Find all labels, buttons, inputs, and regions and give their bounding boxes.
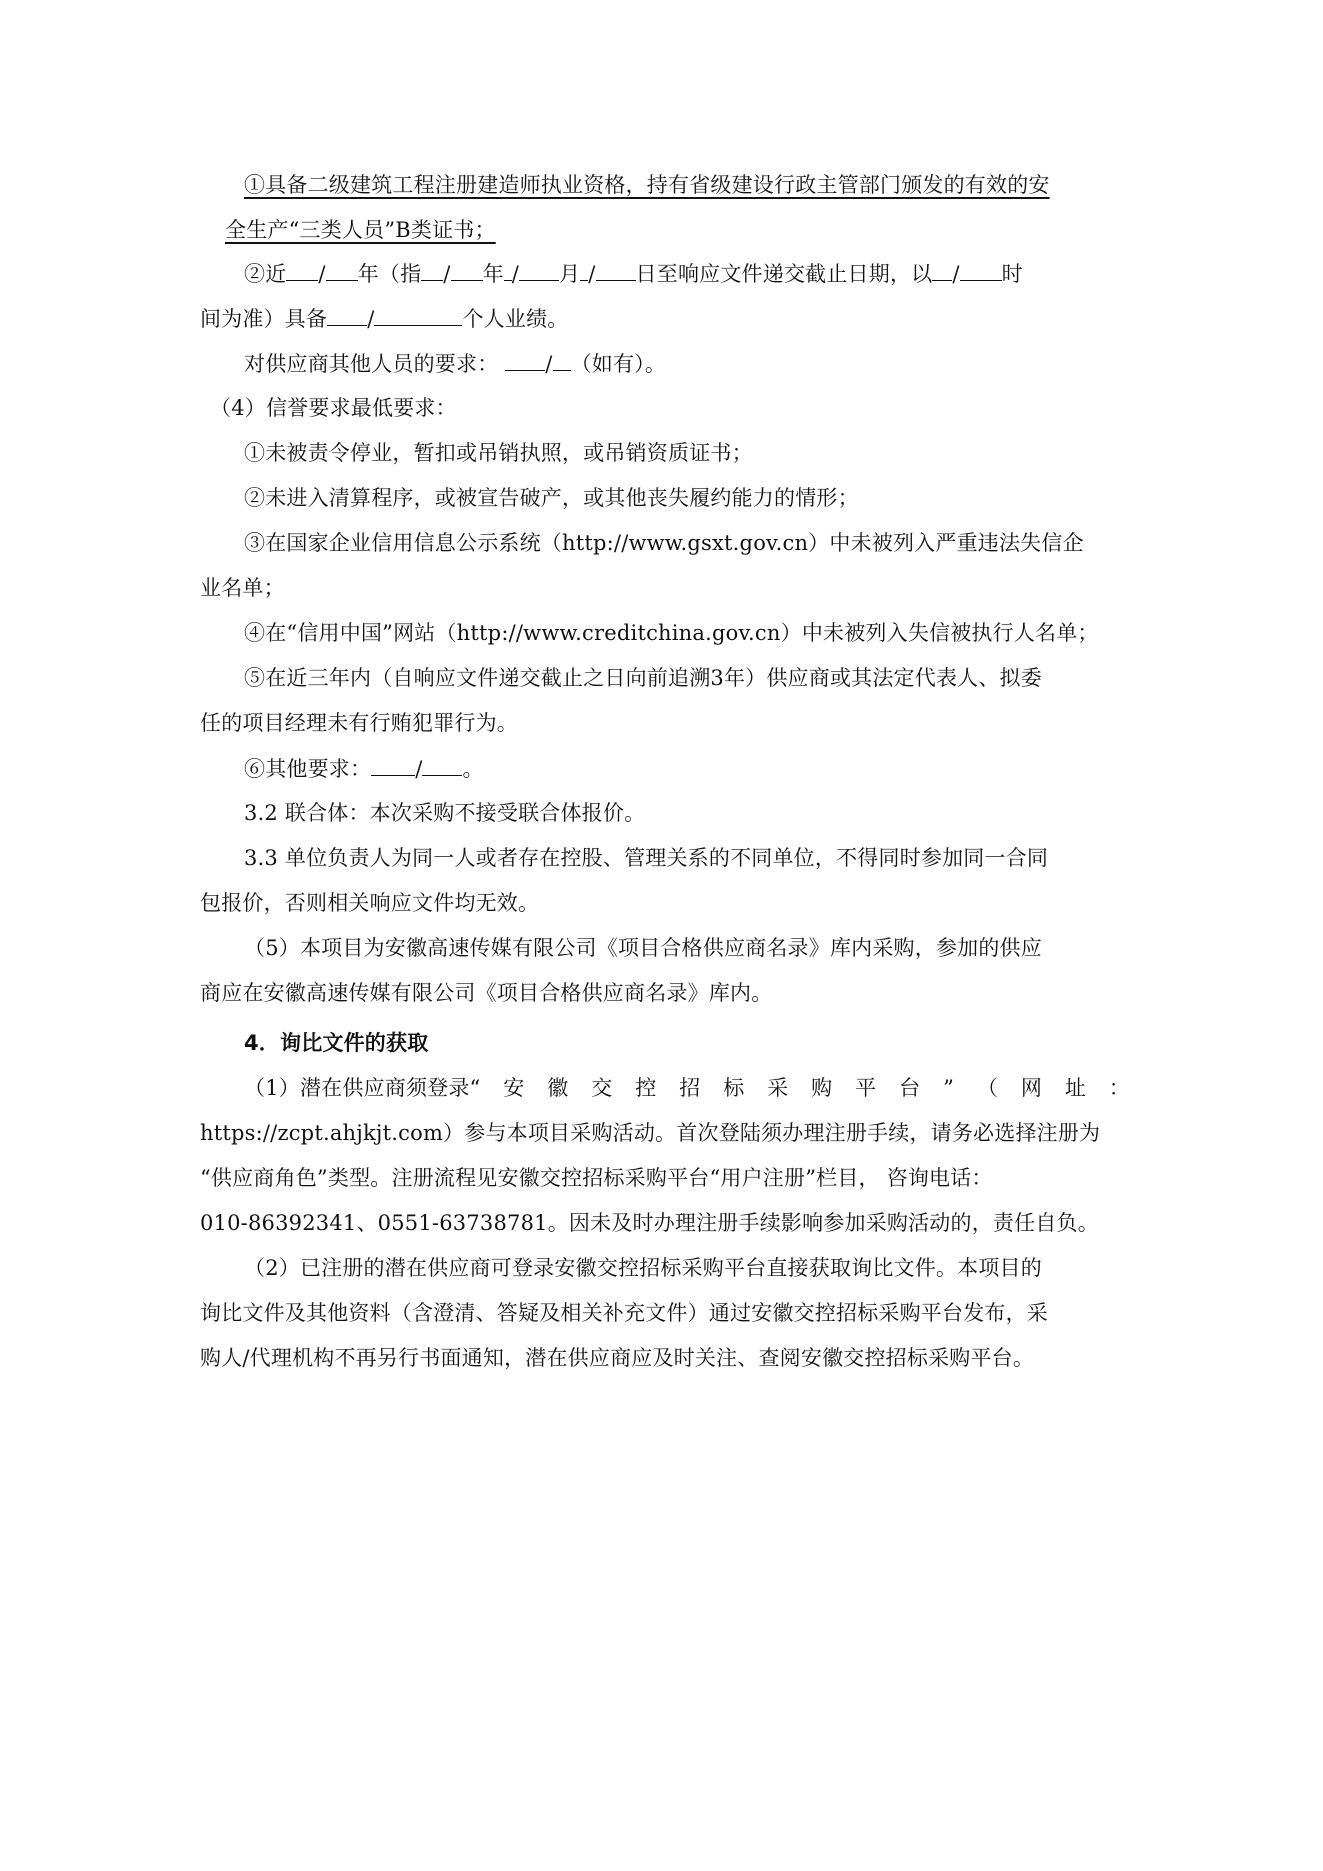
req-item2-line1: ②近/年（指/年/月/日至响应文件递交截止日期，以/时 [244,258,1023,289]
credit-item-1: ①未被责令停业，暂扣或吊销执照，或吊销资质证书； [244,438,753,468]
spaced-text: 安 [503,1073,524,1103]
section4-item1-line1: （1）潜在供应商须登录“ 安 徽 交 控 招 标 采 购 平 台 ” （ 网 址… [244,1073,1130,1103]
req-item1-line1: ①具备二级建筑工程注册建造师执业资格，持有省级建设行政主管部门颁发的有效的安 [244,170,1050,200]
credit-item-3-line2: 业名单； [200,573,285,603]
spaced-text: ” [943,1073,954,1103]
blank-slash: / [318,262,325,286]
credit-item-6-suffix: 。 [462,757,483,781]
clause-3-2: 3.2 联合体：本次采购不接受联合体报价。 [244,798,645,828]
section4-heading: 4．询比文件的获取 [244,1028,428,1058]
req-item2-line2: 间为准）具备/个人业绩。 [200,303,568,334]
req-item1-line2: 全生产“三类人员”B类证书； [225,215,496,245]
other-personnel-suffix: （如有）。 [571,352,667,376]
unit-month: 月 [559,262,580,286]
spaced-text: 招 [679,1073,700,1103]
credit-item-6-label: ⑥其他要求： [244,757,371,781]
blank-field [371,753,415,776]
blank-field [505,348,545,371]
blank-field [327,303,367,326]
section4-item1-line4: 010-86392341、0551-63738781。因未及时办理注册手续影响参… [200,1208,1099,1238]
blank-slash: / [512,262,519,286]
blank-field [421,258,443,281]
credit-item-2: ②未进入清算程序，或被宣告破产，或其他丧失履约能力的情形； [244,483,859,513]
item5-line1: （5）本项目为安徽高速传媒有限公司《项目合格供应商名录》库内采购，参加的供应 [244,933,1042,963]
section4-item2-line2: 询比文件及其他资料（含澄清、答疑及相关补充文件）通过安徽交控招标采购平台发布，采 [200,1298,1048,1328]
credit-item-3-line1: ③在国家企业信用信息公示系统（http://www.gsxt.gov.cn）中未… [244,528,1084,558]
spaced-text: 标 [723,1073,744,1103]
credit-heading: （4）信誉要求最低要求： [210,393,457,423]
other-personnel-label: 对供应商其他人员的要求： [244,352,498,376]
section4-item1-line3: “供应商角色”类型。注册流程见安徽交控招标采购平台“用户注册”栏目， 咨询电话： [200,1163,993,1193]
blank-field [451,258,483,281]
spaced-text: 网 [1021,1073,1042,1103]
unit-time: 时 [1002,262,1023,286]
blank-field [553,348,571,371]
section4-item1-line2: https://zcpt.ahjkjt.com）参与本项目采购活动。首次登陆须办… [200,1118,1100,1148]
credit-item-6: ⑥其他要求：/。 [244,753,484,784]
blank-slash: / [443,262,450,286]
spaced-text: 徽 [547,1073,568,1103]
blank-field [504,258,512,281]
blank-field [960,258,1002,281]
spaced-text: 采 [767,1073,788,1103]
blank-field [286,258,318,281]
spaced-text: 交 [591,1073,612,1103]
blank-slash: / [588,262,595,286]
after-day-text: 日至响应文件递交截止日期，以 [636,262,933,286]
section4-item2-line3: 购人/代理机构不再另行书面通知，潜在供应商应及时关注、查阅安徽交控招标采购平台。 [200,1343,1034,1373]
item5-line2: 商应在安徽高速传媒有限公司《项目合格供应商名录》库内。 [200,978,772,1008]
spaced-text: （ [977,1073,998,1103]
section4-item2-line1: （2）已注册的潜在供应商可登录安徽交控招标采购平台直接获取询比文件。本项目的 [244,1253,1042,1283]
spaced-text: 台 [899,1073,920,1103]
other-personnel-line: 对供应商其他人员的要求： /（如有）。 [244,348,666,379]
spaced-text: 平 [855,1073,876,1103]
unit-year: 年（指 [358,262,422,286]
blank-field [519,258,559,281]
spaced-text: 购 [811,1073,832,1103]
blank-slash: / [952,262,959,286]
clause-3-3-line2: 包报价，否则相关响应文件均无效。 [200,888,539,918]
blank-field [374,303,462,326]
blank-slash: / [415,757,422,781]
spaced-text: （1）潜在供应商须登录“ [244,1073,481,1103]
blank-field [932,258,952,281]
credit-item-5-line2: 任的项目经理未有行贿犯罪行为。 [200,708,518,738]
spaced-text: 控 [635,1073,656,1103]
credit-item-4: ④在“信用中国”网站（http://www.creditchina.gov.cn… [244,618,1099,648]
blank-field [422,753,462,776]
credit-item-5-line1: ⑤在近三年内（自响应文件递交截止之日向前追溯3年）供应商或其法定代表人、拟委 [244,663,1042,693]
spaced-text: ： [1109,1073,1130,1103]
spaced-text: 址 [1065,1073,1086,1103]
blank-slash: / [367,307,374,331]
unit-year2: 年 [483,262,504,286]
blank-slash: / [545,352,552,376]
clause-3-3-line1: 3.3 单位负责人为同一人或者存在控股、管理关系的不同单位，不得同时参加同一合同 [244,843,1048,873]
blank-field [596,258,636,281]
req-item2-line2-suffix: 个人业绩。 [462,307,568,331]
blank-field [326,258,358,281]
req-item2-line2-prefix: 间为准）具备 [200,307,327,331]
req-item2-prefix: ②近 [244,262,286,286]
